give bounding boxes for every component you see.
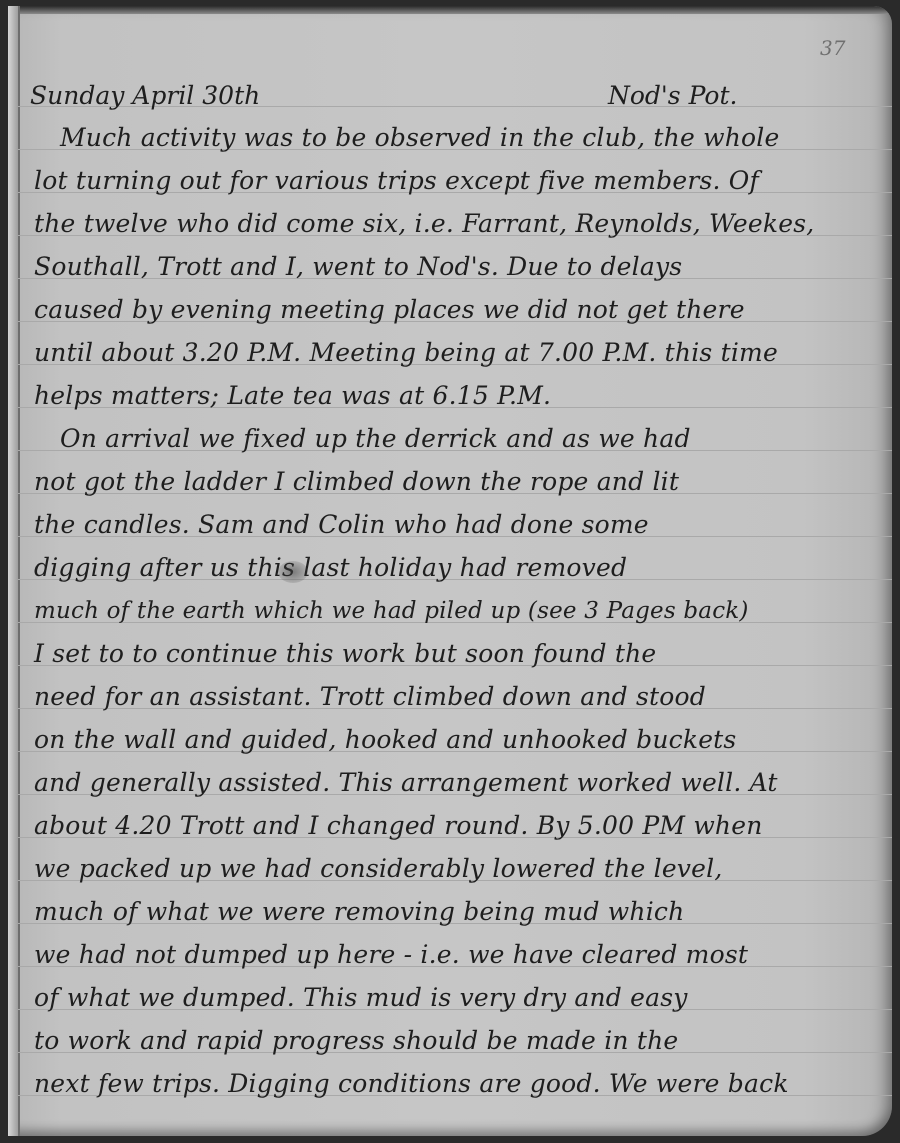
handwritten-line: we packed up we had considerably lowered… [34, 854, 722, 884]
handwritten-line: much of what we were removing being mud … [34, 897, 684, 927]
handwritten-line: of what we dumped. This mud is very dry … [34, 983, 688, 1013]
handwritten-line: helps matters; Late tea was at 6.15 P.M. [34, 381, 551, 411]
handwritten-line: we had not dumped up here - i.e. we have… [34, 940, 748, 970]
handwritten-line: need for an assistant. Trott climbed dow… [34, 682, 706, 712]
page-number: 37 [820, 36, 845, 60]
entry-location: Nod's Pot. [608, 81, 737, 110]
handwritten-line: on the wall and guided, hooked and unhoo… [34, 725, 736, 755]
handwritten-line: Southall, Trott and I, went to Nod's. Du… [34, 252, 682, 282]
handwritten-line: until about 3.20 P.M. Meeting being at 7… [34, 338, 778, 368]
ink-smudge [278, 561, 308, 583]
handwritten-line: digging after us this last holiday had r… [34, 553, 627, 583]
handwritten-line: On arrival we fixed up the derrick and a… [60, 424, 691, 454]
handwritten-line: much of the earth which we had piled up … [34, 596, 749, 626]
handwritten-line: about 4.20 Trott and I changed round. By… [34, 811, 763, 841]
notebook-page: 37 Sunday April 30th Nod's Pot. Much act… [8, 6, 892, 1136]
handwritten-line: Much activity was to be observed in the … [60, 123, 779, 153]
handwritten-line: the candles. Sam and Colin who had done … [34, 510, 649, 540]
handwritten-line: not got the ladder I climbed down the ro… [34, 467, 679, 497]
handwritten-line: next few trips. Digging conditions are g… [34, 1069, 789, 1099]
handwritten-line: and generally assisted. This arrangement… [34, 768, 778, 798]
top-page-edge [8, 6, 892, 14]
handwritten-line: I set to to continue this work but soon … [34, 639, 656, 669]
entry-date: Sunday April 30th [30, 81, 260, 110]
handwritten-line: lot turning out for various trips except… [34, 166, 759, 196]
scanned-notebook-page: 37 Sunday April 30th Nod's Pot. Much act… [0, 0, 900, 1143]
handwritten-line: the twelve who did come six, i.e. Farran… [34, 209, 814, 239]
handwritten-line: to work and rapid progress should be mad… [34, 1026, 678, 1056]
handwritten-line: caused by evening meeting places we did … [34, 295, 745, 325]
